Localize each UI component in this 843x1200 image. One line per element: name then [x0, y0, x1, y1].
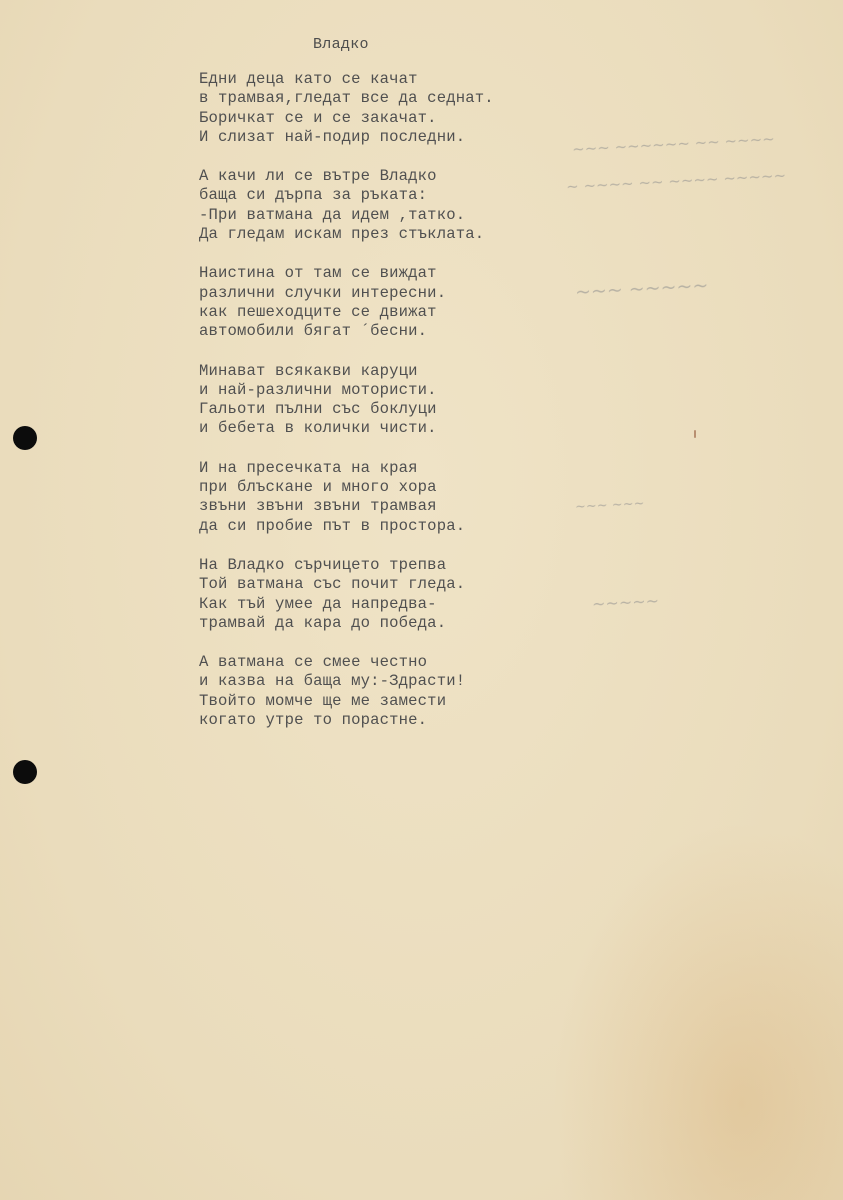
stanza-1: Едни деца като се качат в трамвая,гледат…: [199, 70, 559, 147]
poem-line: Твойто момче ще ме замести: [199, 692, 559, 711]
stanza-4: Минават всякакви каруци и най-различни м…: [199, 362, 559, 439]
poem-line: и бебета в колички чисти.: [199, 419, 559, 438]
poem-line: Наистина от там се виждат: [199, 264, 559, 283]
poem-line: Боричкат се и се закачат.: [199, 109, 559, 128]
poem-line: Той ватмана със почит гледа.: [199, 575, 559, 594]
poem-line: когато утре то порастне.: [199, 711, 559, 730]
poem-line: в трамвая,гледат все да седнат.: [199, 89, 559, 108]
punch-hole: [13, 426, 37, 450]
poem-line: Едни деца като се качат: [199, 70, 559, 89]
poem-line: А качи ли се вътре Владко: [199, 167, 559, 186]
poem-line: да си пробие път в простора.: [199, 517, 559, 536]
poem-line: А ватмана се смее честно: [199, 653, 559, 672]
pencil-margin-note: ~~~ ~~~~~: [575, 275, 709, 304]
stanza-6: На Владко сърчицето трепва Той ватмана с…: [199, 556, 559, 633]
poem-line: как пешеходците се движат: [199, 303, 559, 322]
pencil-margin-note: ~~~ ~~~: [575, 496, 645, 515]
poem-line: баща си дърпа за ръката:: [199, 186, 559, 205]
pencil-margin-note: ~~~ ~~~~~~ ~~ ~~~~: [572, 130, 776, 159]
pencil-margin-note: ~ ~~~~ ~~ ~~~~ ~~~~~: [566, 166, 787, 195]
stanza-7: А ватмана се смее честно и казва на баща…: [199, 653, 559, 730]
poem-line: Минават всякакви каруци: [199, 362, 559, 381]
poem-line: Гальоти пълни със боклуци: [199, 400, 559, 419]
pencil-mark: [694, 430, 696, 438]
poem-title: Владко: [313, 36, 369, 53]
typewritten-page: Владко Едни деца като се качат в трамвая…: [0, 0, 843, 1200]
poem-line: И слизат най-подир последни.: [199, 128, 559, 147]
poem-line: при блъскане и много хора: [199, 478, 559, 497]
poem-line: И на пресечката на края: [199, 459, 559, 478]
poem-line: трамвай да кара до победа.: [199, 614, 559, 633]
poem-line: и най-различни мотористи.: [199, 381, 559, 400]
punch-hole: [13, 760, 37, 784]
poem-line: На Владко сърчицето трепва: [199, 556, 559, 575]
poem-line: -При ватмана да идем ,татко.: [199, 206, 559, 225]
poem-line: звъни звъни звъни трамвая: [199, 497, 559, 516]
pencil-margin-note: ~~~~~: [592, 591, 660, 613]
stanza-2: А качи ли се вътре Владко баща си дърпа …: [199, 167, 559, 244]
stanza-3: Наистина от там се виждат различни случк…: [199, 264, 559, 341]
poem-line: автомобили бягат ´бесни.: [199, 322, 559, 341]
poem-line: Да гледам искам през стъклата.: [199, 225, 559, 244]
poem-line: Как тъй умее да напредва-: [199, 595, 559, 614]
stanza-5: И на пресечката на края при блъскане и м…: [199, 459, 559, 536]
poem-body: Едни деца като се качат в трамвая,гледат…: [199, 70, 559, 750]
poem-line: и казва на баща му:-Здрасти!: [199, 672, 559, 691]
poem-line: различни случки интересни.: [199, 284, 559, 303]
